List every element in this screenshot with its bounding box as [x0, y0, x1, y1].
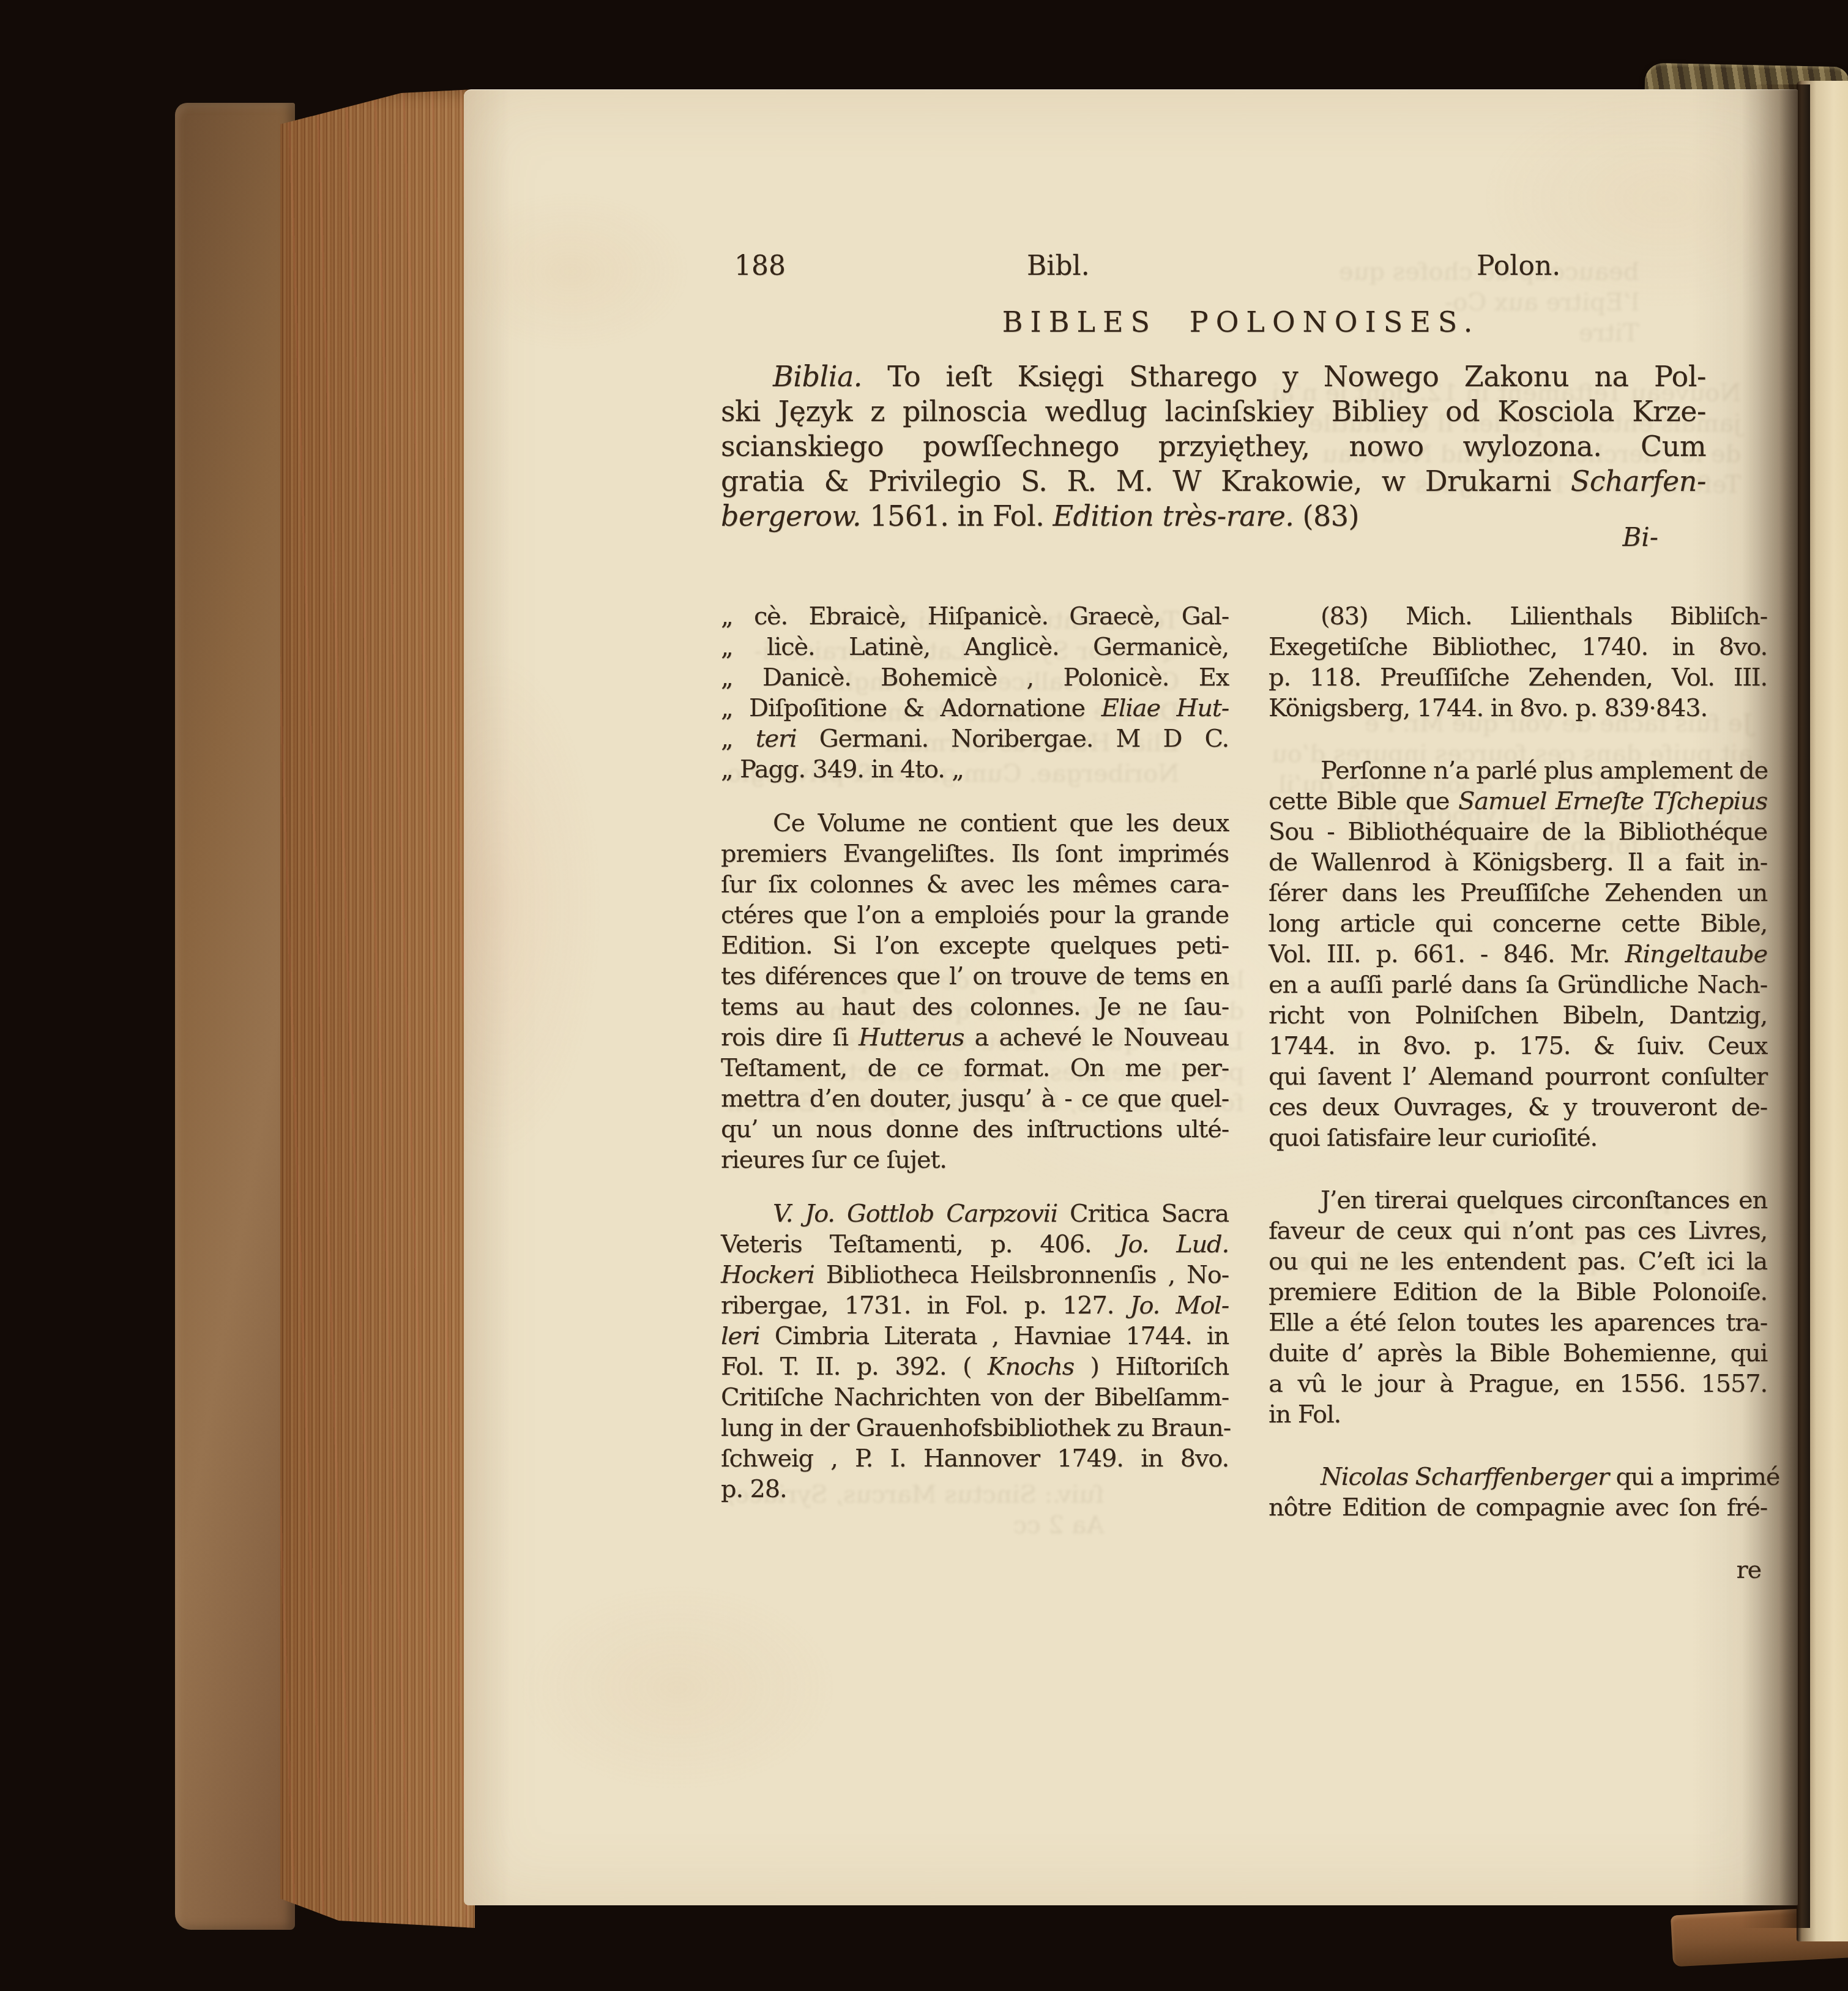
paragraph-personne: Perſonne n’a parlé plus amplement decett…: [1269, 755, 1767, 1153]
right-column: (83) Mich. Lilienthals Bibliſch-Exegetiſ…: [1269, 601, 1767, 1585]
paragraph-nicolas: Nicolas Scharffenberger qui a impriménôt…: [1269, 1462, 1767, 1523]
paragraph-ce-volume: Ce Volume ne contient que les deuxpremie…: [721, 808, 1229, 1175]
facing-page-sliver: [1797, 81, 1848, 1941]
page-number: 188: [734, 250, 786, 282]
running-title-right: Polon.: [1477, 250, 1560, 282]
page-stack-fore-edge: [280, 89, 475, 1928]
paragraph-references: V. Jo. Gottlob Carpzovii Critica SacraVe…: [721, 1198, 1229, 1504]
quoted-title-block: „ cè. Ebraicè, Hiſpanicè. Graecè, Gal-„ …: [721, 601, 1229, 785]
running-title-left: Bibl.: [1027, 250, 1090, 282]
catchword-re: re: [1269, 1555, 1767, 1585]
leather-board-edge: [175, 103, 295, 1930]
catchword-bi: Bi-: [721, 522, 1706, 552]
footnote-83: (83) Mich. Lilienthals Bibliſch-Exegetiſ…: [1269, 601, 1767, 723]
running-head: 188 Bibl. Polon.: [721, 250, 1761, 287]
left-column: „ cè. Ebraicè, Hiſpanicè. Graecè, Gal-„ …: [721, 601, 1229, 1528]
section-title: BIBLES POLONOISES.: [721, 305, 1761, 338]
intro-paragraph: Biblia. To ieſt Księgi Stharego y Nowego…: [721, 359, 1706, 534]
photographed-book-page: beaucoup de chofes quel’Epitre aux Co-Ti…: [0, 0, 1848, 1991]
paragraph-jen-tirerai: J’en tirerai quelques circonſtances enfa…: [1269, 1185, 1767, 1430]
book-page: beaucoup de chofes quel’Epitre aux Co-Ti…: [464, 89, 1798, 1905]
